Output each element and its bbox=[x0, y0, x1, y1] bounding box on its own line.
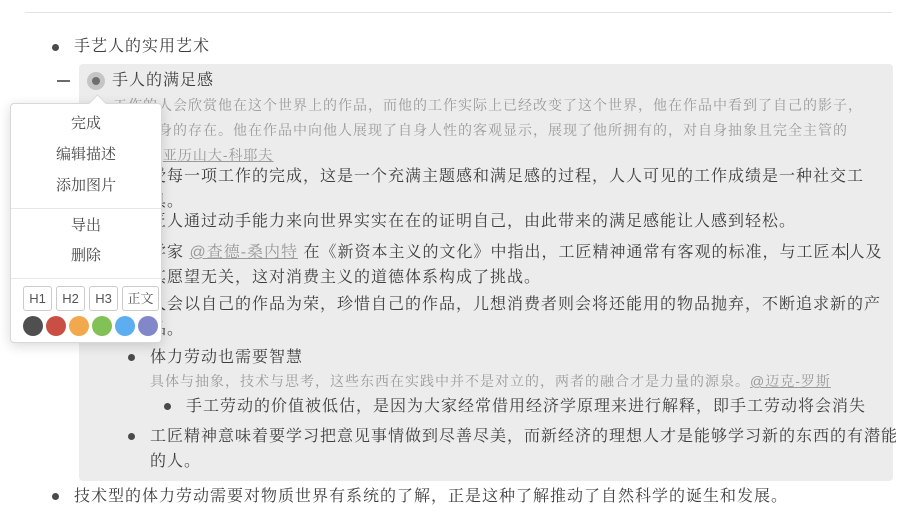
mention-link[interactable]: @查德-桑内特 bbox=[189, 244, 298, 261]
format-h3-button[interactable]: H3 bbox=[89, 286, 118, 311]
node-description-line[interactable]: 感到自身的存在。他在作品中向他人展现了自身人性的客观显示，展现了他所拥有的，对自… bbox=[113, 118, 848, 142]
child-node-text[interactable]: 其愿望无关，这对消费主义的道德体系构成了挑战。 bbox=[150, 266, 541, 290]
child-node-text[interactable]: 匠人通过动手能力来向世界实实在在的证明自己，由此带来的满足感能让人感到轻松。 bbox=[150, 210, 796, 234]
color-swatch-purple[interactable] bbox=[138, 316, 158, 336]
description-text[interactable]: 具体与抽象，技术与思考，这些东西在实践中并不是对立的，两者的融合才是力量的源泉。 bbox=[150, 373, 750, 389]
bullet-icon[interactable] bbox=[164, 403, 171, 410]
format-h1-button[interactable]: H1 bbox=[23, 286, 52, 311]
color-swatch-green[interactable] bbox=[92, 316, 112, 336]
node-text-segment: 在《新资本主义的文化》中指出，工匠精神通常有客观的标准，与工匠本 bbox=[298, 244, 847, 261]
node-bullet-selected[interactable] bbox=[87, 72, 105, 90]
child-node-text[interactable]: 受每一项工作的完成，这是一个充满主题感和满足感的过程，人人可见的工作成绩是一种社… bbox=[150, 165, 864, 189]
grandchild-node-text[interactable]: 手工劳动的价值被低估，是因为大家经常借用经济学原理来进行解释，即手工劳动将会消失 bbox=[186, 395, 866, 419]
node-text-segment: 人及 bbox=[848, 244, 882, 261]
top-divider bbox=[25, 12, 892, 13]
node-text[interactable]: 手艺人的实用艺术 bbox=[74, 35, 210, 59]
color-swatch-dark-gray[interactable] bbox=[23, 316, 43, 336]
collapse-icon[interactable] bbox=[57, 80, 70, 82]
node-description-line: 具体与抽象，技术与思考，这些东西在实践中并不是对立的，两者的融合才是力量的源泉。… bbox=[150, 369, 831, 393]
color-swatch-orange[interactable] bbox=[69, 316, 89, 336]
bullet-icon[interactable] bbox=[52, 493, 59, 500]
node-context-menu: 完成 编辑描述 添加图片 导出 删除 H1 H2 H3 正文 bbox=[10, 103, 162, 343]
child-node-text[interactable]: 人会以自己的作品为荣，珍惜自己的作品，儿想消费者则会将还能用的物品抛弃，不断追求… bbox=[150, 293, 881, 317]
child-node-text[interactable]: 工匠精神意味着要学习把意见事情做到尽善尽美，而新经济的理想人才是能够学习新的东西… bbox=[150, 425, 898, 449]
menu-item-edit-description[interactable]: 编辑描述 bbox=[11, 141, 161, 169]
bullet-icon[interactable] bbox=[52, 44, 59, 51]
menu-divider bbox=[11, 278, 161, 279]
child-node-text[interactable]: 的人。 bbox=[150, 450, 201, 474]
outliner-page: 手艺人的实用艺术 手人的满足感 工作的人会欣赏他在这个世界上的作品，而他的工作实… bbox=[0, 0, 900, 512]
bullet-dot-icon bbox=[92, 77, 100, 85]
child-node-text[interactable]: 体力劳动也需要智慧 bbox=[150, 346, 303, 370]
node-title[interactable]: 手人的满足感 bbox=[112, 69, 214, 93]
child-node-text[interactable]: 学家 @查德-桑内特 在《新资本主义的文化》中指出，工匠精神通常有客观的标准，与… bbox=[150, 241, 883, 265]
format-h2-button[interactable]: H2 bbox=[56, 286, 85, 311]
menu-item-add-image[interactable]: 添加图片 bbox=[11, 172, 161, 200]
node-description-line[interactable]: 工作的人会欣赏他在这个世界上的作品，而他的工作实际上已经改变了这个世界，他在作品… bbox=[113, 93, 863, 117]
node-text[interactable]: 技术型的体力劳动需要对物质世界有系统的了解，正是这种了解推动了自然科学的诞生和发… bbox=[74, 485, 788, 509]
bullet-icon[interactable] bbox=[128, 354, 135, 361]
author-link[interactable]: 亚历山大-科耶夫 bbox=[163, 147, 274, 163]
bullet-icon[interactable] bbox=[128, 433, 135, 440]
menu-item-delete[interactable]: 删除 bbox=[11, 242, 161, 270]
color-swatch-blue[interactable] bbox=[115, 316, 135, 336]
menu-item-complete[interactable]: 完成 bbox=[11, 110, 161, 138]
menu-item-export[interactable]: 导出 bbox=[11, 212, 161, 240]
mention-link[interactable]: @迈克-罗斯 bbox=[750, 373, 831, 389]
color-swatch-red[interactable] bbox=[46, 316, 66, 336]
format-body-button[interactable]: 正文 bbox=[122, 286, 159, 311]
menu-divider bbox=[11, 208, 161, 209]
